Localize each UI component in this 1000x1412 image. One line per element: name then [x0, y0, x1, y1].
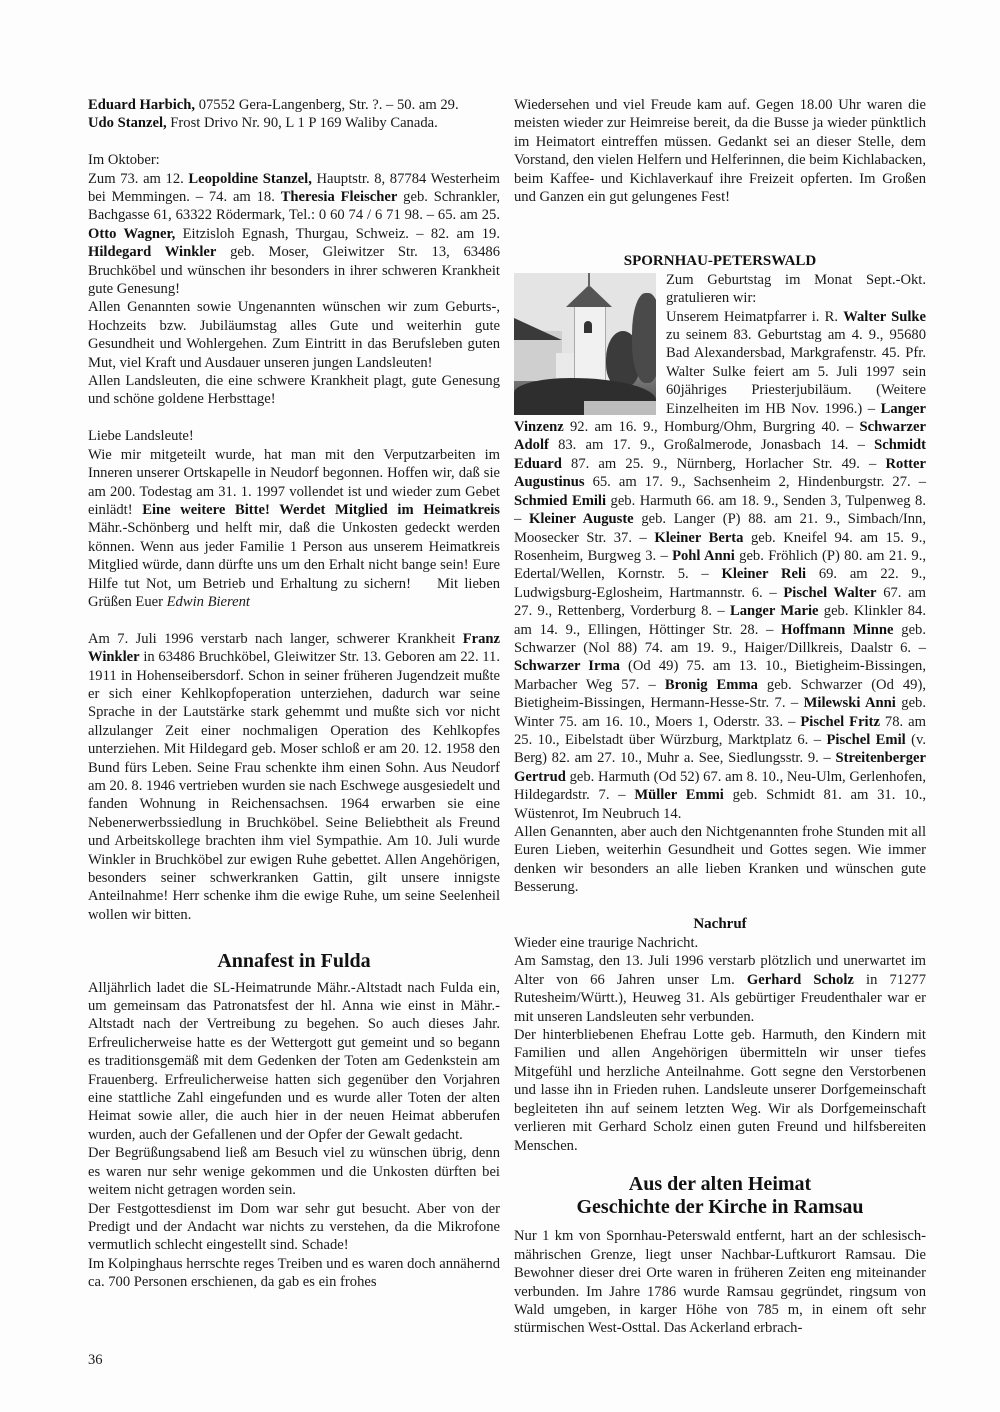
- section-title-nachruf: Nachruf: [514, 915, 926, 934]
- person-name: Kleiner Reli: [721, 566, 806, 582]
- page-number: 36: [88, 1352, 103, 1369]
- wishes-paragraph: Allen Genannten sowie Ungenannten wünsch…: [88, 298, 500, 372]
- person-name: Pischel Fritz: [800, 714, 880, 730]
- photo-church-tower: [574, 303, 606, 383]
- obituary-text: Am 7. Juli 1996 verstarb nach langer, sc…: [88, 631, 463, 647]
- entry-text: 83. am 17. 9., Großalmerode, Jonasbach 1…: [549, 437, 874, 453]
- section-title-ramsau-line1: Aus der alten Heimat: [514, 1173, 926, 1196]
- annafest-paragraph-2: Der Begrüßungsabend ließ am Besuch viel …: [88, 1144, 500, 1199]
- entry-text: Zum 73. am 12.: [88, 171, 188, 187]
- section-title-ramsau-line2: Geschichte der Kirche in Ramsau: [514, 1196, 926, 1219]
- obituary-winkler: Am 7. Juli 1996 verstarb nach langer, sc…: [88, 630, 500, 925]
- person-name: Schmied Emili: [514, 493, 606, 509]
- letter-emphasis: Eine weitere Bitte! Werdet Mitglied im H…: [142, 502, 500, 518]
- photo-tree: [632, 293, 656, 383]
- person-name: Hildegard Winkler: [88, 244, 216, 260]
- person-name: Udo Stanzel,: [88, 115, 167, 131]
- spacer: [88, 924, 500, 942]
- person-name: Langer Marie: [730, 603, 819, 619]
- letter-signature: Edwin Bierent: [167, 594, 250, 610]
- nachruf-intro: Wieder eine traurige Nachricht.: [514, 934, 926, 952]
- october-birthdays: Zum 73. am 12. Leopoldine Stanzel, Haupt…: [88, 170, 500, 299]
- entry-text: Eitzisloh Egnash, Thurgau, Schweiz. – 82…: [175, 226, 500, 242]
- person-name: Hoffmann Minne: [781, 622, 893, 638]
- entry-text: 65. am 17. 9., Sachsenheim 2, Hindenburg…: [585, 474, 926, 490]
- entry-text: 92. am 16. 9., Homburg/Ohm, Burgring 40.…: [564, 419, 860, 435]
- birthday-entry-harbich: Eduard Harbich, 07552 Gera-Langenberg, S…: [88, 96, 500, 114]
- person-name: Gerhard Scholz: [747, 972, 854, 988]
- entry-text: 87. am 25. 9., Nürnberg, Horlacher Str. …: [562, 456, 886, 472]
- person-name: Pischel Walter: [783, 585, 876, 601]
- photo-window: [584, 321, 592, 333]
- entry-text: Unserem Heimatpfarrer i. R.: [666, 309, 843, 325]
- person-name: Kleiner Berta: [654, 530, 743, 546]
- right-column: Wiedersehen und viel Freude kam auf. Geg…: [514, 96, 926, 1338]
- spacer: [88, 409, 500, 427]
- photo-road: [584, 401, 656, 415]
- person-name: Leopoldine Stanzel,: [188, 171, 311, 187]
- spacer: [88, 133, 500, 151]
- photo-house-roof: [514, 318, 562, 340]
- annafest-paragraph-1: Alljährlich ladet die SL-Heimatrunde Mäh…: [88, 979, 500, 1145]
- person-name: Otto Wagner,: [88, 226, 175, 242]
- nachruf-scholz: Am Samstag, den 13. Juli 1996 verstarb p…: [514, 952, 926, 1026]
- photo-cross: [588, 273, 590, 287]
- person-name: Theresia Fleischer: [281, 189, 398, 205]
- person-name: Müller Emmi: [634, 787, 724, 803]
- section-title-annafest: Annafest in Fulda: [88, 949, 500, 973]
- letter-salutation: Liebe Landsleute!: [88, 427, 500, 445]
- church-photo: [514, 273, 656, 415]
- person-name: Eduard Harbich,: [88, 97, 195, 113]
- person-name: Bronig Emma: [665, 677, 758, 693]
- person-name: Pischel Emil: [826, 732, 905, 748]
- entry-text: 07552 Gera-Langenberg, Str. ?. – 50. am …: [195, 97, 459, 113]
- ramsau-paragraph: Nur 1 km von Spornhau-Peterswald entfern…: [514, 1227, 926, 1337]
- get-well-paragraph: Allen Landsleuten, die eine schwere Kran…: [88, 372, 500, 409]
- left-column: Eduard Harbich, 07552 Gera-Langenberg, S…: [88, 96, 500, 1292]
- spacer: [514, 1155, 926, 1173]
- spacer: [514, 206, 926, 233]
- person-name: Schwarzer Irma: [514, 658, 620, 674]
- person-name: Walter Sulke: [843, 309, 926, 325]
- entry-text: Frost Drivo Nr. 90, L 1 P 169 Waliby Can…: [167, 115, 438, 131]
- section-title-spornhau: SPORNHAU-PETERSWALD: [514, 252, 926, 271]
- annafest-continuation: Wiedersehen und viel Freude kam auf. Geg…: [514, 96, 926, 206]
- spornhau-closing: Allen Genannten, aber auch den Nichtgena…: [514, 823, 926, 897]
- annafest-paragraph-3: Der Festgottesdienst im Dom war sehr gut…: [88, 1200, 500, 1255]
- october-heading: Im Oktober:: [88, 151, 500, 169]
- person-name: Milewski Anni: [804, 695, 896, 711]
- person-name: Kleiner Auguste: [529, 511, 634, 527]
- letter-body: Wie mir mitgeteilt wurde, hat man mit de…: [88, 446, 500, 612]
- spacer: [514, 233, 926, 251]
- obituary-text: in 63486 Bruchköbel, Gleiwitzer Str. 13.…: [88, 649, 500, 923]
- person-name: Pohl Anni: [672, 548, 735, 564]
- photo-tower-roof: [566, 285, 612, 307]
- document-page: Eduard Harbich, 07552 Gera-Langenberg, S…: [0, 0, 1000, 1412]
- birthday-entry-stanzel: Udo Stanzel, Frost Drivo Nr. 90, L 1 P 1…: [88, 114, 500, 132]
- annafest-paragraph-4: Im Kolpinghaus herrschte reges Treiben u…: [88, 1255, 500, 1292]
- spacer: [514, 897, 926, 915]
- spacer: [88, 611, 500, 629]
- nachruf-condolences: Der hinterbliebenen Ehefrau Lotte geb. H…: [514, 1026, 926, 1155]
